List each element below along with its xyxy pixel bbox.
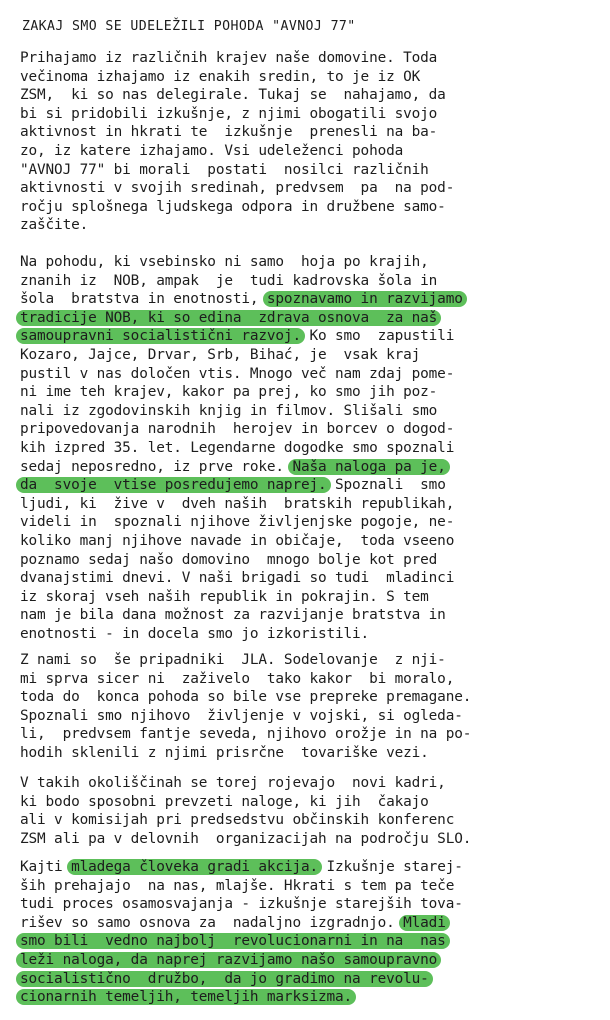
- text-segment: "AVNOJ 77" bi morali postati nosilci raz…: [20, 162, 429, 178]
- text-line: cionarnih temeljih, temeljih marksizma.: [20, 988, 463, 1007]
- text-line: ših prehajajo na nas, mlajše. Hkrati s t…: [20, 877, 463, 896]
- text-line: leži naloga, da naprej razvijamo našo sa…: [20, 951, 463, 970]
- text-segment: poznamo sedaj našo domovino mnogo bolje …: [20, 552, 437, 568]
- paragraph-5: Kajti mladega človeka gradi akcija. Izku…: [20, 858, 463, 1007]
- text-line: nam je bila dana možnost za razvijanje b…: [20, 606, 463, 625]
- text-line: ni ime teh krajev, kakor pa prej, ko smo…: [20, 383, 463, 402]
- text-line: rišev so samo osnova za nadaljno izgradn…: [20, 914, 463, 933]
- text-line: toda do konca pohoda so bile vse preprek…: [20, 688, 471, 707]
- text-line: ljudi, ki žive v dveh naših bratskih rep…: [20, 495, 463, 514]
- text-line: ZSM, ki so nas delegirale. Tukaj se naha…: [20, 86, 454, 105]
- text-segment: aktivnost in hkrati te izkušnje prenesli…: [20, 124, 437, 140]
- paragraph-3: Z nami so še pripadniki JLA. Sodelovanje…: [20, 651, 471, 763]
- text-segment: sedaj neposredno, iz prve roke.: [20, 459, 292, 475]
- text-segment: ših prehajajo na nas, mlajše. Hkrati s t…: [20, 878, 454, 894]
- text-segment: Z nami so še pripadniki JLA. Sodelovanje…: [20, 652, 446, 668]
- text-segment: znanih iz NOB, ampak je tudi kadrovska š…: [20, 273, 437, 289]
- text-segment: Izkušnje starej-: [318, 859, 463, 875]
- text-segment: zaščite.: [20, 217, 88, 233]
- highlighted-text: tradicije NOB, ki so edina zdrava osnova…: [16, 310, 441, 326]
- text-line: da svoje vtise posredujemo naprej. Spozn…: [20, 476, 463, 495]
- text-line: znanih iz NOB, ampak je tudi kadrovska š…: [20, 272, 463, 291]
- text-line: V takih okoliščinah se torej rojevajo no…: [20, 774, 471, 793]
- highlighted-text: samoupravni socialistični razvoj.: [16, 328, 305, 344]
- document-title: ZAKAJ SMO SE UDELEŽILI POHODA "AVNOJ 77": [22, 19, 356, 34]
- text-segment: enotnosti - in docela smo jo izkoristili…: [20, 626, 369, 642]
- text-line: Z nami so še pripadniki JLA. Sodelovanje…: [20, 651, 471, 670]
- highlighted-text: smo bili vedno najbolj revolucionarni in…: [16, 933, 450, 949]
- text-segment: li, predvsem fantje seveda, njihovo orož…: [20, 726, 471, 742]
- text-segment: zo, iz katere izhajamo. Vsi udeleženci p…: [20, 143, 403, 159]
- text-line: poznamo sedaj našo domovino mnogo bolje …: [20, 551, 463, 570]
- highlighted-text: spoznavamo in razvijamo: [263, 291, 467, 307]
- text-line: ali v komisijah pri predsedstvu občinski…: [20, 811, 471, 830]
- text-segment: mi sprva sicer ni zaživelo tako kakor bi…: [20, 671, 454, 687]
- text-line: smo bili vedno najbolj revolucionarni in…: [20, 932, 463, 951]
- text-line: iz skoraj vseh naših republik in pokraji…: [20, 588, 463, 607]
- text-line: šola bratstva in enotnosti, spoznavamo i…: [20, 290, 463, 309]
- text-line: zo, iz katere izhajamo. Vsi udeleženci p…: [20, 142, 454, 161]
- text-segment: bi si pridobili izkušnje, z njimi obogat…: [20, 106, 437, 122]
- text-line: aktivnosti v svojih sredinah, predvsem p…: [20, 179, 454, 198]
- text-line: pustil v nas določen vtis. Mnogo več nam…: [20, 365, 463, 384]
- text-line: videli in spoznali njihove življenjske p…: [20, 513, 463, 532]
- text-line: li, predvsem fantje seveda, njihovo orož…: [20, 725, 471, 744]
- text-line: samoupravni socialistični razvoj. Ko smo…: [20, 327, 463, 346]
- text-line: aktivnost in hkrati te izkušnje prenesli…: [20, 123, 454, 142]
- paragraph-2: Na pohodu, ki vsebinsko ni samo hoja po …: [20, 253, 463, 643]
- highlighted-text: cionarnih temeljih, temeljih marksizma.: [16, 989, 356, 1005]
- text-segment: koliko manj njihove navade in običaje, t…: [20, 533, 454, 549]
- text-segment: pripovedovanja narodnih herojev in borce…: [20, 421, 454, 437]
- text-segment: ali v komisijah pri predsedstvu občinski…: [20, 812, 454, 828]
- text-segment: Kajti: [20, 859, 71, 875]
- text-segment: ZSM ali pa v delovnih organizacijah na p…: [20, 831, 471, 847]
- paragraph-4: V takih okoliščinah se torej rojevajo no…: [20, 774, 471, 848]
- text-segment: večinoma izhajamo iz enakih sredin, to j…: [20, 69, 420, 85]
- text-line: hodih sklenili z njimi prisrčne tovarišk…: [20, 744, 471, 763]
- text-line: Kozaro, Jajce, Drvar, Srb, Bihać, je vsa…: [20, 346, 463, 365]
- highlighted-text: Naša naloga pa je,: [288, 459, 449, 475]
- text-line: Na pohodu, ki vsebinsko ni samo hoja po …: [20, 253, 463, 272]
- text-segment: ni ime teh krajev, kakor pa prej, ko smo…: [20, 384, 437, 400]
- text-segment: pustil v nas določen vtis. Mnogo več nam…: [20, 366, 454, 382]
- text-segment: hodih sklenili z njimi prisrčne tovarišk…: [20, 745, 429, 761]
- text-line: pripovedovanja narodnih herojev in borce…: [20, 420, 463, 439]
- text-segment: Spoznali smo: [327, 477, 446, 493]
- text-segment: ki bodo sposobni prevzeti naloge, ki jih…: [20, 794, 429, 810]
- text-segment: nali iz zgodovinskih knjig in filmov. Sl…: [20, 403, 437, 419]
- text-segment: iz skoraj vseh naših republik in pokraji…: [20, 589, 429, 605]
- text-line: kih izpred 35. let. Legendarne dogodke s…: [20, 439, 463, 458]
- text-segment: videli in spoznali njihove življenjske p…: [20, 514, 454, 530]
- text-line: ZSM ali pa v delovnih organizacijah na p…: [20, 830, 471, 849]
- text-segment: aktivnosti v svojih sredinah, predvsem p…: [20, 180, 454, 196]
- highlighted-text: Mladi: [399, 915, 450, 931]
- text-line: enotnosti - in docela smo jo izkoristili…: [20, 625, 463, 644]
- text-line: dvanajstimi dnevi. V naši brigadi so tud…: [20, 569, 463, 588]
- text-line: mi sprva sicer ni zaživelo tako kakor bi…: [20, 670, 471, 689]
- highlighted-text: leži naloga, da naprej razvijamo našo sa…: [16, 952, 441, 968]
- text-segment: rišev so samo osnova za nadaljno izgradn…: [20, 915, 403, 931]
- text-segment: Ko smo zapustili: [301, 328, 454, 344]
- text-segment: nam je bila dana možnost za razvijanje b…: [20, 607, 446, 623]
- text-segment: Kozaro, Jajce, Drvar, Srb, Bihać, je vsa…: [20, 347, 420, 363]
- text-segment: V takih okoliščinah se torej rojevajo no…: [20, 775, 446, 791]
- highlighted-text: mladega človeka gradi akcija.: [67, 859, 322, 875]
- text-line: Kajti mladega človeka gradi akcija. Izku…: [20, 858, 463, 877]
- text-segment: Na pohodu, ki vsebinsko ni samo hoja po …: [20, 254, 429, 270]
- text-line: Spoznali smo njihovo življenje v vojski,…: [20, 707, 471, 726]
- text-line: "AVNOJ 77" bi morali postati nosilci raz…: [20, 161, 454, 180]
- text-line: koliko manj njihove navade in običaje, t…: [20, 532, 463, 551]
- highlighted-text: socialistično družbo, da jo gradimo na r…: [16, 971, 433, 987]
- text-segment: toda do konca pohoda so bile vse preprek…: [20, 689, 471, 705]
- text-line: večinoma izhajamo iz enakih sredin, to j…: [20, 68, 454, 87]
- highlighted-text: da svoje vtise posredujemo naprej.: [16, 477, 331, 493]
- text-segment: kih izpred 35. let. Legendarne dogodke s…: [20, 440, 454, 456]
- text-segment: Prihajamo iz različnih krajev naše domov…: [20, 50, 437, 66]
- text-segment: ZSM, ki so nas delegirale. Tukaj se naha…: [20, 87, 446, 103]
- text-segment: tudi proces osamosvajanja - izkušnje sta…: [20, 896, 463, 912]
- text-line: ročju splošnega ljudskega odpora in druž…: [20, 198, 454, 217]
- text-line: ki bodo sposobni prevzeti naloge, ki jih…: [20, 793, 471, 812]
- text-segment: Spoznali smo njihovo življenje v vojski,…: [20, 708, 463, 724]
- text-line: sedaj neposredno, iz prve roke. Naša nal…: [20, 458, 463, 477]
- text-segment: ročju splošnega ljudskega odpora in druž…: [20, 199, 446, 215]
- text-line: nali iz zgodovinskih knjig in filmov. Sl…: [20, 402, 463, 421]
- text-line: tudi proces osamosvajanja - izkušnje sta…: [20, 895, 463, 914]
- text-line: tradicije NOB, ki so edina zdrava osnova…: [20, 309, 463, 328]
- text-segment: ljudi, ki žive v dveh naših bratskih rep…: [20, 496, 454, 512]
- text-segment: šola bratstva in enotnosti,: [20, 291, 267, 307]
- text-line: zaščite.: [20, 216, 454, 235]
- paragraph-1: Prihajamo iz različnih krajev naše domov…: [20, 49, 454, 235]
- text-line: bi si pridobili izkušnje, z njimi obogat…: [20, 105, 454, 124]
- text-line: Prihajamo iz različnih krajev naše domov…: [20, 49, 454, 68]
- text-line: socialistično družbo, da jo gradimo na r…: [20, 970, 463, 989]
- text-segment: dvanajstimi dnevi. V naši brigadi so tud…: [20, 570, 454, 586]
